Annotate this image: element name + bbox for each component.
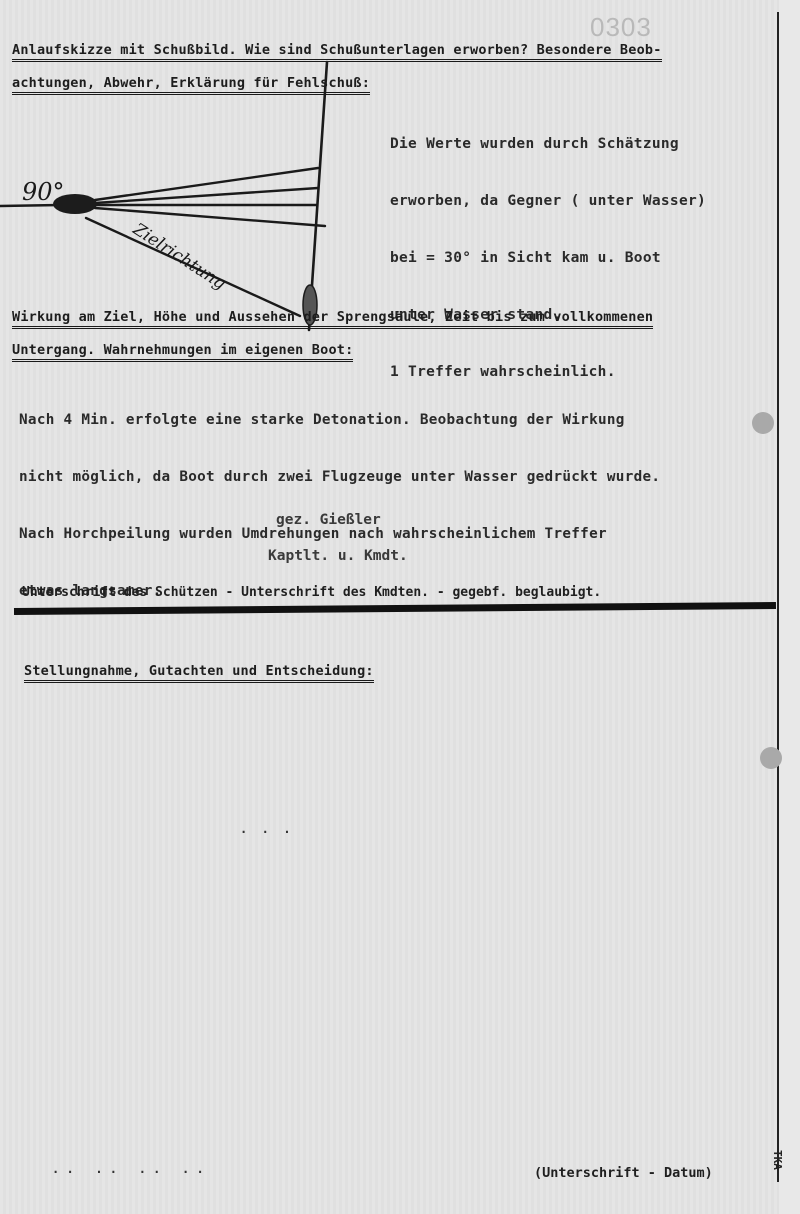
margin-mark: TKA bbox=[771, 1150, 784, 1170]
heading-text: Stellungnahme, Gutachten und Entscheidun… bbox=[24, 663, 374, 683]
angle-label: 90° bbox=[22, 178, 65, 206]
punch-hole bbox=[760, 747, 782, 769]
punch-hole bbox=[752, 412, 774, 434]
course-label: Zielrichtung bbox=[128, 219, 229, 294]
text-line: Die Werte wurden durch Schätzung bbox=[390, 135, 706, 154]
text-line: Nach 4 Min. erfolgte eine starke Detonat… bbox=[19, 411, 660, 430]
signature-rank: Kaptlt. u. Kmdt. bbox=[268, 548, 408, 564]
heading-text: Wirkung am Ziel, Höhe und Aussehen der S… bbox=[12, 309, 653, 329]
text-line: erworben, da Gegner ( unter Wasser) bbox=[390, 192, 706, 211]
signature-name: gez. Gießler bbox=[276, 512, 381, 528]
text-line: nicht möglich, da Boot durch zwei Flugze… bbox=[19, 468, 660, 487]
text-line: bei = 30° in Sicht kam u. Boot bbox=[390, 249, 706, 268]
heading-text: Untergang. Wahrnehmungen im eigenen Boot… bbox=[12, 342, 353, 362]
section2-heading-line1: Wirkung am Ziel, Höhe und Aussehen der S… bbox=[12, 309, 653, 325]
signature-date-label: (Unterschrift - Datum) bbox=[534, 1165, 713, 1181]
section2-heading-line2: Untergang. Wahrnehmungen im eigenen Boot… bbox=[12, 342, 353, 358]
section3-heading: Stellungnahme, Gutachten und Entscheidun… bbox=[24, 663, 374, 679]
signature-dots: . . . . . . . . bbox=[52, 1162, 204, 1176]
signature-caption: Unterschrift des Schützen - Unterschrift… bbox=[22, 585, 601, 600]
stray-marks: . . . bbox=[240, 822, 291, 836]
section1-text: Die Werte wurden durch Schätzung erworbe… bbox=[390, 97, 706, 420]
document-page: 0303 Anlaufskizze mit Schußbild. Wie sin… bbox=[0, 0, 800, 1214]
